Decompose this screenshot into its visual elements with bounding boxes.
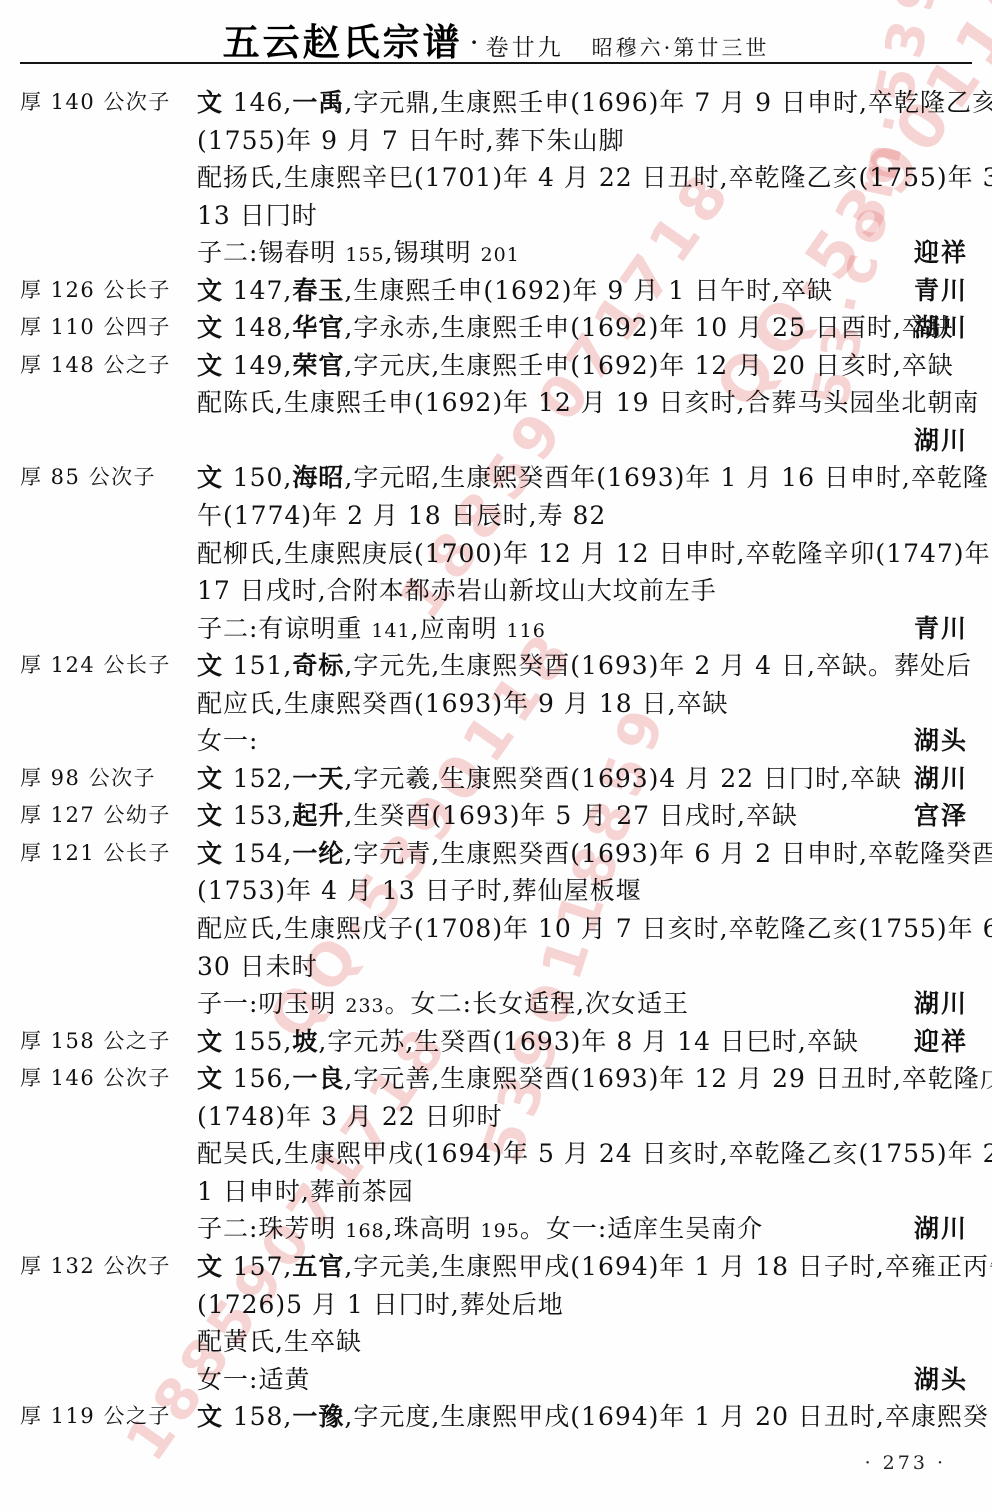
entry-text: 子一:叨玉明 233。女二:长女适程,次女适王	[197, 985, 689, 1026]
entry-row: 午(1774)年 2 月 18 日辰时,寿 82	[0, 497, 992, 535]
entry-generation-label: 厚 98 公次子	[20, 760, 156, 798]
entry-text-segment: 154,	[233, 839, 293, 868]
entry-row: 30 日未时	[0, 948, 992, 986]
entry-ref-number: 195	[481, 1220, 520, 1242]
entry-row: 配黄氏,生卒缺	[0, 1323, 992, 1361]
entry-text: 配吴氏,生康熙甲戌(1694)年 5 月 24 日亥时,卒乾隆乙亥(1755)年…	[197, 1135, 992, 1173]
entry-text: 配柳氏,生康熙庚辰(1700)年 12 月 12 日申时,卒乾隆辛卯(1747)…	[197, 535, 992, 573]
entry-branch-tag: 湖川	[914, 422, 968, 460]
entry-text-segment: 152,	[233, 764, 293, 793]
entries-list: 厚 140 公次子文 146,一禹,字元鼎,生康熙壬申(1696)年 7 月 9…	[0, 84, 992, 1436]
entry-name-bold: 奇标	[292, 651, 344, 680]
entry-branch-tag: 湖川	[914, 1210, 968, 1248]
entry-text: 文 158,一豫,字元度,生康熙甲戌(1694)年 1 月 20 日丑时,卒康熙…	[197, 1398, 992, 1436]
entry-text: 午(1774)年 2 月 18 日辰时,寿 82	[197, 497, 606, 535]
entry-text: (1753)年 4 月 13 日子时,葬仙屋板堰	[197, 872, 642, 910]
header-divider	[20, 62, 972, 64]
entry-row: 厚 124 公长子文 151,奇标,字元先,生康熙癸酉(1693)年 2 月 4…	[0, 647, 992, 685]
entry-row: 厚 110 公四子文 148,华官,字永赤,生康熙壬申(1692)年 10 月 …	[0, 309, 992, 347]
entry-row: 配扬氏,生康熙辛巳(1701)年 4 月 22 日丑时,卒乾隆乙亥(1755)年…	[0, 159, 992, 197]
entry-row: 子二:有谅明重 141,应南明 116青川	[0, 610, 992, 648]
entry-row: 厚 121 公长子文 154,一纶,字元青,生康熙癸酉(1693)年 6 月 2…	[0, 835, 992, 873]
entry-name-bold: 海昭	[292, 463, 344, 492]
entry-name-bold: 文	[197, 651, 233, 680]
entry-text-segment: 17 日戌时,合附本都赤岩山新坟山大坟前左手	[197, 576, 717, 605]
entry-row: 配柳氏,生康熙庚辰(1700)年 12 月 12 日申时,卒乾隆辛卯(1747)…	[0, 535, 992, 573]
entry-row: 配应氏,生康熙癸酉(1693)年 9 月 18 日,卒缺	[0, 685, 992, 723]
entry-text-segment: (1755)年 9 月 7 日午时,葬下朱山脚	[197, 126, 625, 155]
entry-text-segment: ,应南明	[411, 614, 507, 643]
entry-text: 配应氏,生康熙癸酉(1693)年 9 月 18 日,卒缺	[197, 685, 729, 723]
entry-text-segment: 配陈氏,生康熙壬申(1692)年 12 月 19 日亥时,合葬马头园坐北朝南	[197, 388, 979, 417]
entry-text-segment: 女一:	[197, 726, 258, 755]
entry-generation-label: 厚 127 公幼子	[20, 797, 171, 835]
entry-text-segment: 155,	[233, 1027, 293, 1056]
entry-name-bold: 文	[197, 313, 233, 342]
entry-row: 厚 98 公次子文 152,一天,字元羲,生康熙癸酉(1693)4 月 22 日…	[0, 760, 992, 798]
entry-row: (1748)年 3 月 22 日卯时	[0, 1098, 992, 1136]
entry-text: 子二:有谅明重 141,应南明 116	[197, 610, 546, 651]
entry-text: 30 日未时	[197, 948, 318, 986]
entry-branch-tag: 湖头	[914, 722, 968, 760]
entry-name-bold: 文	[197, 1064, 233, 1093]
entry-text: 配应氏,生康熙戊子(1708)年 10 月 7 日亥时,卒乾隆乙亥(1755)年…	[197, 910, 992, 948]
entry-branch-tag: 湖川	[914, 309, 968, 347]
entry-text-segment: (1748)年 3 月 22 日卯时	[197, 1102, 503, 1131]
entry-name-bold: 一天	[292, 764, 344, 793]
entry-text: 文 156,一良,字元善,生康熙癸酉(1693)年 12 月 29 日丑时,卒乾…	[197, 1060, 992, 1098]
page-number: · 273 ·	[865, 1452, 946, 1474]
entry-row: (1753)年 4 月 13 日子时,葬仙屋板堰	[0, 872, 992, 910]
entry-ref-number: 155	[345, 244, 384, 266]
title-separator-dot: ·	[471, 30, 478, 54]
entry-text-segment: 158,	[233, 1402, 293, 1431]
entry-text-segment: 子二:珠芳明	[197, 1214, 345, 1243]
entry-ref-number: 201	[481, 244, 520, 266]
entry-row: 厚 140 公次子文 146,一禹,字元鼎,生康熙壬申(1696)年 7 月 9…	[0, 84, 992, 122]
entry-text-segment: 148,	[233, 313, 293, 342]
entry-text-segment: ,字元羲,生康熙癸酉(1693)4 月 22 日冂时,卒缺	[344, 764, 902, 793]
entry-branch-tag: 宫泽	[914, 797, 968, 835]
entry-text-segment: 配应氏,生康熙戊子(1708)年 10 月 7 日亥时,卒乾隆乙亥(1755)年…	[197, 914, 992, 943]
entry-text-segment: (1753)年 4 月 13 日子时,葬仙屋板堰	[197, 876, 642, 905]
entry-row: (1755)年 9 月 7 日午时,葬下朱山脚	[0, 122, 992, 160]
entry-text-segment: 151,	[233, 651, 293, 680]
entry-text-segment: 146,	[233, 88, 293, 117]
entry-text-segment: ,字元美,生康熙甲戌(1694)年 1 月 18 日子时,卒雍正丙午	[344, 1252, 992, 1281]
entry-text: 文 148,华官,字永赤,生康熙壬申(1692)年 10 月 25 日酉时,卒缺	[197, 309, 954, 347]
entry-text: 配扬氏,生康熙辛巳(1701)年 4 月 22 日丑时,卒乾隆乙亥(1755)年…	[197, 159, 992, 197]
entry-generation-label: 厚 85 公次子	[20, 459, 156, 497]
entry-name-bold: 文	[197, 801, 233, 830]
entry-name-bold: 荣官	[292, 351, 344, 380]
entry-row: 配陈氏,生康熙壬申(1692)年 12 月 19 日亥时,合葬马头园坐北朝南	[0, 384, 992, 422]
section-label: 昭穆六·第廿三世	[592, 36, 770, 60]
entry-row: 17 日戌时,合附本都赤岩山新坟山大坟前左手	[0, 572, 992, 610]
entry-ref-number: 116	[507, 620, 546, 642]
entry-generation-label: 厚 146 公次子	[20, 1060, 171, 1098]
entry-text: 子二:锡春明 155,锡琪明 201	[197, 234, 520, 275]
entry-row: 子二:锡春明 155,锡琪明 201迎祥	[0, 234, 992, 272]
entry-generation-label: 厚 126 公长子	[20, 272, 171, 310]
entry-name-bold: 五官	[292, 1252, 344, 1281]
entry-text-segment: 149,	[233, 351, 293, 380]
entry-text-segment: 153,	[233, 801, 293, 830]
entry-text: 文 153,起升,生癸酉(1693)年 5 月 27 日戌时,卒缺	[197, 797, 798, 835]
entry-text-segment: ,字元青,生康熙癸酉(1693)年 6 月 2 日申时,卒乾隆癸酉	[344, 839, 992, 868]
entry-text: 13 日冂时	[197, 197, 318, 235]
entry-row: 厚 158 公之子文 155,坡,字元苏,生癸酉(1693)年 8 月 14 日…	[0, 1023, 992, 1061]
entry-name-bold: 一禹	[292, 88, 344, 117]
entry-row: 湖川	[0, 422, 992, 460]
entry-name-bold: 文	[197, 463, 233, 492]
entry-text-segment: ,字元庆,生康熙壬申(1692)年 12 月 20 日亥时,卒缺	[344, 351, 953, 380]
entry-text-segment: 157,	[233, 1252, 293, 1281]
entry-text: 文 146,一禹,字元鼎,生康熙壬申(1696)年 7 月 9 日申时,卒乾隆乙…	[197, 84, 992, 122]
entry-branch-tag: 湖川	[914, 985, 968, 1023]
entry-text-segment: 子二:锡春明	[197, 238, 345, 267]
entry-text: 女一:	[197, 722, 258, 760]
entry-text-segment: 147,	[233, 276, 293, 305]
entry-row: 子二:珠芳明 168,珠高明 195。女一:适庠生吴南介湖川	[0, 1210, 992, 1248]
entry-branch-tag: 青川	[914, 610, 968, 648]
entry-name-bold: 华官	[292, 313, 344, 342]
entry-text: 文 154,一纶,字元青,生康熙癸酉(1693)年 6 月 2 日申时,卒乾隆癸…	[197, 835, 992, 873]
entry-row: 厚 146 公次子文 156,一良,字元善,生康熙癸酉(1693)年 12 月 …	[0, 1060, 992, 1098]
entry-text-segment: 配吴氏,生康熙甲戌(1694)年 5 月 24 日亥时,卒乾隆乙亥(1755)年…	[197, 1139, 992, 1168]
entry-text: 文 149,荣官,字元庆,生康熙壬申(1692)年 12 月 20 日亥时,卒缺	[197, 347, 954, 385]
entry-row: 厚 148 公之子文 149,荣官,字元庆,生康熙壬申(1692)年 12 月 …	[0, 347, 992, 385]
entry-row: 1 日申时,葬前茶园	[0, 1173, 992, 1211]
entry-text-segment: ,字元先,生康熙癸酉(1693)年 2 月 4 日,卒缺。葬处后	[344, 651, 972, 680]
entry-text-segment: 。女一:适庠生吴南介	[520, 1214, 763, 1243]
entry-name-bold: 一良	[292, 1064, 344, 1093]
entry-ref-number: 141	[371, 620, 410, 642]
entry-name-bold: 坡	[292, 1027, 318, 1056]
entry-row: 13 日冂时	[0, 197, 992, 235]
entry-branch-tag: 迎祥	[914, 234, 968, 272]
entry-text: 配黄氏,生卒缺	[197, 1323, 362, 1361]
entry-name-bold: 文	[197, 351, 233, 380]
entry-text: 文 150,海昭,字元昭,生康熙癸酉年(1693)年 1 月 16 日申时,卒乾…	[197, 459, 992, 497]
entry-row: 女一:适黄湖头	[0, 1361, 992, 1399]
entry-text-segment: ,珠高明	[385, 1214, 481, 1243]
entry-row: 厚 126 公长子文 147,春玉,生康熙壬申(1692)年 9 月 1 日午时…	[0, 272, 992, 310]
entry-text-segment: ,字元善,生康熙癸酉(1693)年 12 月 29 日丑时,卒乾隆戊辰	[344, 1064, 992, 1093]
entry-row: 配应氏,生康熙戊子(1708)年 10 月 7 日亥时,卒乾隆乙亥(1755)年…	[0, 910, 992, 948]
entry-ref-number: 233	[345, 995, 384, 1017]
entry-text: 文 155,坡,字元苏,生癸酉(1693)年 8 月 14 日巳时,卒缺	[197, 1023, 859, 1061]
entry-text-segment: ,字元昭,生康熙癸酉年(1693)年 1 月 16 日申时,卒乾隆甲	[344, 463, 992, 492]
entry-name-bold: 文	[197, 88, 233, 117]
entry-name-bold: 文	[197, 1252, 233, 1281]
entry-text-segment: 30 日未时	[197, 952, 318, 981]
entry-name-bold: 文	[197, 276, 233, 305]
entry-name-bold: 文	[197, 1027, 233, 1056]
entry-text-segment: 1 日申时,葬前茶园	[197, 1177, 414, 1206]
entry-branch-tag: 青川	[914, 272, 968, 310]
entry-branch-tag: 湖头	[914, 1361, 968, 1399]
entry-text: 文 151,奇标,字元先,生康熙癸酉(1693)年 2 月 4 日,卒缺。葬处后	[197, 647, 972, 685]
entry-name-bold: 文	[197, 1402, 233, 1431]
book-title: 五云赵氏宗谱	[223, 20, 463, 64]
entry-text-segment: 午(1774)年 2 月 18 日辰时,寿 82	[197, 501, 606, 530]
entry-text: 17 日戌时,合附本都赤岩山新坟山大坟前左手	[197, 572, 717, 610]
entry-text: 文 152,一天,字元羲,生康熙癸酉(1693)4 月 22 日冂时,卒缺	[197, 760, 902, 798]
entry-text-segment: ,字元鼎,生康熙壬申(1696)年 7 月 9 日申时,卒乾隆乙亥	[344, 88, 992, 117]
entry-text: (1726)5 月 1 日冂时,葬处后地	[197, 1286, 564, 1324]
entry-text-segment: 13 日冂时	[197, 201, 318, 230]
entry-text: (1755)年 9 月 7 日午时,葬下朱山脚	[197, 122, 625, 160]
entry-row: 子一:叨玉明 233。女二:长女适程,次女适王湖川	[0, 985, 992, 1023]
entry-name-bold: 文	[197, 839, 233, 868]
entry-row: 厚 119 公之子文 158,一豫,字元度,生康熙甲戌(1694)年 1 月 2…	[0, 1398, 992, 1436]
entry-row: 厚 127 公幼子文 153,起升,生癸酉(1693)年 5 月 27 日戌时,…	[0, 797, 992, 835]
entry-text-segment: ,生癸酉(1693)年 5 月 27 日戌时,卒缺	[344, 801, 798, 830]
entry-generation-label: 厚 132 公次子	[20, 1248, 171, 1286]
entry-name-bold: 春玉	[292, 276, 344, 305]
entry-text-segment: ,生康熙壬申(1692)年 9 月 1 日午时,卒缺	[344, 276, 833, 305]
entry-generation-label: 厚 119 公之子	[20, 1398, 171, 1436]
entry-generation-label: 厚 158 公之子	[20, 1023, 171, 1061]
entry-text-segment: 配黄氏,生卒缺	[197, 1327, 362, 1356]
entry-text: 文 157,五官,字元美,生康熙甲戌(1694)年 1 月 18 日子时,卒雍正…	[197, 1248, 992, 1286]
entry-text-segment: 。女二:长女适程,次女适王	[385, 989, 689, 1018]
entry-ref-number: 168	[345, 1220, 384, 1242]
entry-text-segment: 156,	[233, 1064, 293, 1093]
entry-text: 文 147,春玉,生康熙壬申(1692)年 9 月 1 日午时,卒缺	[197, 272, 833, 310]
entry-text-segment: ,锡琪明	[385, 238, 481, 267]
entry-text-segment: ,字元苏,生癸酉(1693)年 8 月 14 日巳时,卒缺	[318, 1027, 858, 1056]
entry-row: 配吴氏,生康熙甲戌(1694)年 5 月 24 日亥时,卒乾隆乙亥(1755)年…	[0, 1135, 992, 1173]
entry-text-segment: ,字元度,生康熙甲戌(1694)年 1 月 20 日丑时,卒康熙癸巳	[344, 1402, 992, 1431]
genealogy-page: QQ·53901181885907171853·com·5390QQ·53901…	[0, 0, 992, 1512]
entry-generation-label: 厚 124 公长子	[20, 647, 171, 685]
entry-text: 子二:珠芳明 168,珠高明 195。女一:适庠生吴南介	[197, 1210, 763, 1251]
entry-name-bold: 一纶	[292, 839, 344, 868]
entry-row: 厚 132 公次子文 157,五官,字元美,生康熙甲戌(1694)年 1 月 1…	[0, 1248, 992, 1286]
entry-text-segment: ,字永赤,生康熙壬申(1692)年 10 月 25 日酉时,卒缺	[344, 313, 953, 342]
entry-text-segment: 子二:有谅明重	[197, 614, 371, 643]
entry-text: 1 日申时,葬前茶园	[197, 1173, 414, 1211]
entry-text-segment: 配应氏,生康熙癸酉(1693)年 9 月 18 日,卒缺	[197, 689, 729, 718]
entry-text-segment: 150,	[233, 463, 293, 492]
entry-branch-tag: 湖川	[914, 760, 968, 798]
entry-text-segment: 子一:叨玉明	[197, 989, 345, 1018]
entry-text: 女一:适黄	[197, 1361, 310, 1399]
entry-row: (1726)5 月 1 日冂时,葬处后地	[0, 1286, 992, 1324]
entry-name-bold: 一豫	[292, 1402, 344, 1431]
entry-name-bold: 起升	[292, 801, 344, 830]
entry-generation-label: 厚 148 公之子	[20, 347, 171, 385]
entry-text-segment: 配扬氏,生康熙辛巳(1701)年 4 月 22 日丑时,卒乾隆乙亥(1755)年…	[197, 163, 992, 192]
entry-generation-label: 厚 140 公次子	[20, 84, 171, 122]
entry-generation-label: 厚 121 公长子	[20, 835, 171, 873]
entry-text: 配陈氏,生康熙壬申(1692)年 12 月 19 日亥时,合葬马头园坐北朝南	[197, 384, 979, 422]
volume-label: 卷廿九	[486, 35, 564, 61]
entry-branch-tag: 迎祥	[914, 1023, 968, 1061]
entry-text-segment: 女一:适黄	[197, 1365, 310, 1394]
entry-text-segment: (1726)5 月 1 日冂时,葬处后地	[197, 1290, 564, 1319]
entry-row: 厚 85 公次子文 150,海昭,字元昭,生康熙癸酉年(1693)年 1 月 1…	[0, 459, 992, 497]
entry-row: 女一:湖头	[0, 722, 992, 760]
entry-text: (1748)年 3 月 22 日卯时	[197, 1098, 503, 1136]
entry-generation-label: 厚 110 公四子	[20, 309, 171, 347]
page-header: 五云赵氏宗谱·卷廿九昭穆六·第廿三世	[0, 12, 992, 66]
entry-text-segment: 配柳氏,生康熙庚辰(1700)年 12 月 12 日申时,卒乾隆辛卯(1747)…	[197, 539, 992, 568]
entry-name-bold: 文	[197, 764, 233, 793]
